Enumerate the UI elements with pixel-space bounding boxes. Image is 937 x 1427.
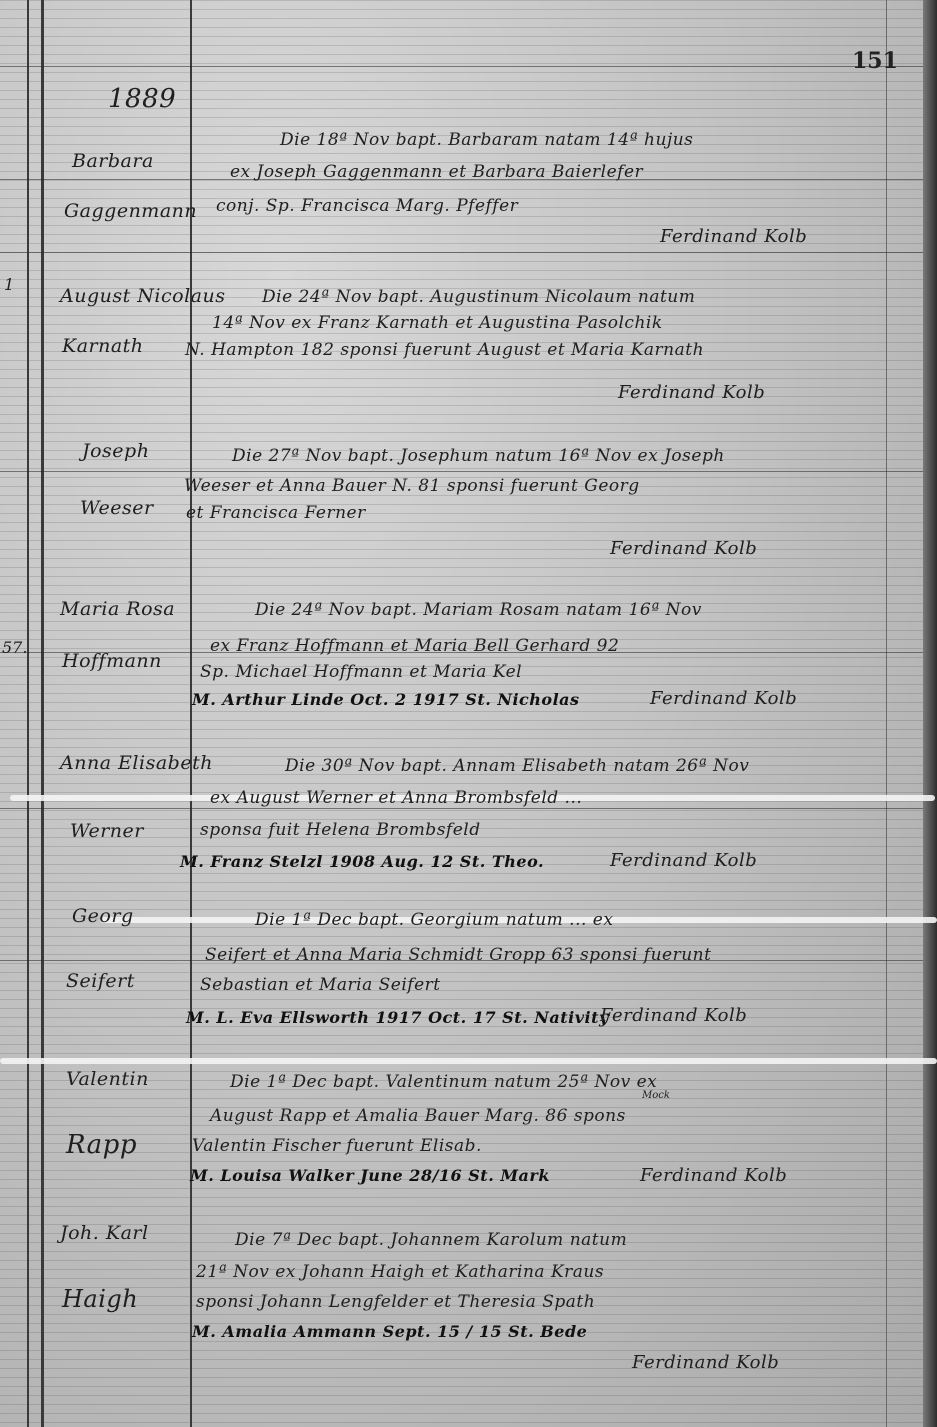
margin-rule [27, 0, 29, 1427]
entry-line: ex August Werner et Anna Brombsfeld ... [210, 788, 582, 808]
priest-signature: Ferdinand Kolb [610, 850, 757, 871]
child-given-name: Anna Elisabeth [60, 752, 213, 774]
entry-line: Sp. Michael Hoffmann et Maria Kel [200, 662, 522, 682]
year-heading: 1889 [108, 84, 176, 114]
entry-line: August Rapp et Amalia Bauer Marg. 86 spo… [210, 1106, 626, 1126]
child-surname: Haigh [62, 1285, 138, 1313]
entry-line: sponsa fuit Helena Brombsfeld [200, 820, 481, 840]
entry-line: 14ª Nov ex Franz Karnath et Augustina Pa… [212, 313, 663, 333]
page-number: 151 [852, 48, 898, 74]
entry-line: et Francisca Ferner [186, 503, 366, 523]
priest-signature: Ferdinand Kolb [618, 382, 765, 403]
entry-line: Die 24ª Nov bapt. Augustinum Nicolaum na… [262, 287, 695, 307]
child-given-name: Barbara [72, 150, 154, 172]
child-given-name: August Nicolaus [60, 285, 225, 307]
entry-line: 21ª Nov ex Johann Haigh et Katharina Kra… [196, 1262, 604, 1282]
child-surname: Hoffmann [62, 650, 162, 672]
entry-line: ex Joseph Gaggenmann et Barbara Baierlef… [230, 162, 643, 182]
margin-mark: 57. [2, 638, 27, 657]
entry-line: Weeser et Anna Bauer N. 81 sponsi fuerun… [184, 476, 640, 496]
child-surname: Seifert [66, 970, 135, 992]
entry-line: Valentin Fischer fuerunt Elisab. [192, 1136, 482, 1156]
priest-signature: Ferdinand Kolb [632, 1352, 779, 1373]
marriage-notation: M. Franz Stelzl 1908 Aug. 12 St. Theo. [180, 852, 544, 871]
child-surname: Rapp [66, 1130, 137, 1160]
child-given-name: Maria Rosa [60, 598, 175, 620]
entry-line: Seifert et Anna Maria Schmidt Gropp 63 s… [205, 945, 711, 965]
marriage-notation: M. Louisa Walker June 28/16 St. Mark [190, 1166, 550, 1185]
child-given-name: Joseph [82, 440, 149, 462]
entry-line: Die 24ª Nov bapt. Mariam Rosam natam 16ª… [255, 600, 702, 620]
marriage-notation: M. Arthur Linde Oct. 2 1917 St. Nicholas [192, 690, 580, 709]
entry-line: ex Franz Hoffmann et Maria Bell Gerhard … [210, 636, 619, 656]
margin-mark: 1 [4, 275, 14, 294]
entry-line: Die 1ª Dec bapt. Valentinum natum 25ª No… [230, 1072, 657, 1092]
entry-line: Die 27ª Nov bapt. Josephum natum 16ª Nov… [232, 446, 725, 466]
child-surname: Gaggenmann [64, 200, 197, 222]
child-surname: Werner [70, 820, 144, 842]
child-given-name: Georg [72, 905, 134, 927]
entry-line: N. Hampton 182 sponsi fuerunt August et … [185, 340, 704, 360]
priest-signature: Ferdinand Kolb [610, 538, 757, 559]
child-surname: Karnath [62, 335, 144, 357]
entry-line: Die 18ª Nov bapt. Barbaram natam 14ª huj… [280, 130, 693, 150]
scan-artifact [0, 1058, 937, 1064]
child-given-name: Valentin [66, 1068, 149, 1090]
rule-line [0, 252, 923, 253]
interlinear-correction: Mock [642, 1090, 670, 1101]
page-edge-shadow [923, 0, 937, 1427]
child-surname: Weeser [80, 497, 154, 519]
priest-signature: Ferdinand Kolb [640, 1165, 787, 1186]
entry-line: conj. Sp. Francisca Marg. Pfeffer [216, 196, 518, 216]
entry-line: Die 7ª Dec bapt. Johannem Karolum natum [235, 1230, 627, 1250]
margin-rule [41, 0, 44, 1427]
register-page: 151 1889 1 57. Barbara Gaggenmann Die 18… [0, 0, 937, 1427]
marriage-notation: M. Amalia Ammann Sept. 15 / 15 St. Bede [192, 1322, 587, 1341]
priest-signature: Ferdinand Kolb [660, 226, 807, 247]
rule-line [0, 471, 923, 472]
marriage-notation: M. L. Eva Ellsworth 1917 Oct. 17 St. Nat… [186, 1008, 609, 1027]
entry-line: Die 1ª Dec bapt. Georgium natum ... ex [255, 910, 613, 930]
entry-line: sponsi Johann Lengfelder et Theresia Spa… [196, 1292, 595, 1312]
entry-line: Sebastian et Maria Seifert [200, 975, 441, 995]
entry-line: Die 30ª Nov bapt. Annam Elisabeth natam … [285, 756, 749, 776]
priest-signature: Ferdinand Kolb [600, 1005, 747, 1026]
right-rule [886, 0, 887, 1427]
rule-line [0, 808, 923, 809]
rule-line [0, 66, 923, 67]
child-given-name: Joh. Karl [60, 1222, 149, 1244]
priest-signature: Ferdinand Kolb [650, 688, 797, 709]
